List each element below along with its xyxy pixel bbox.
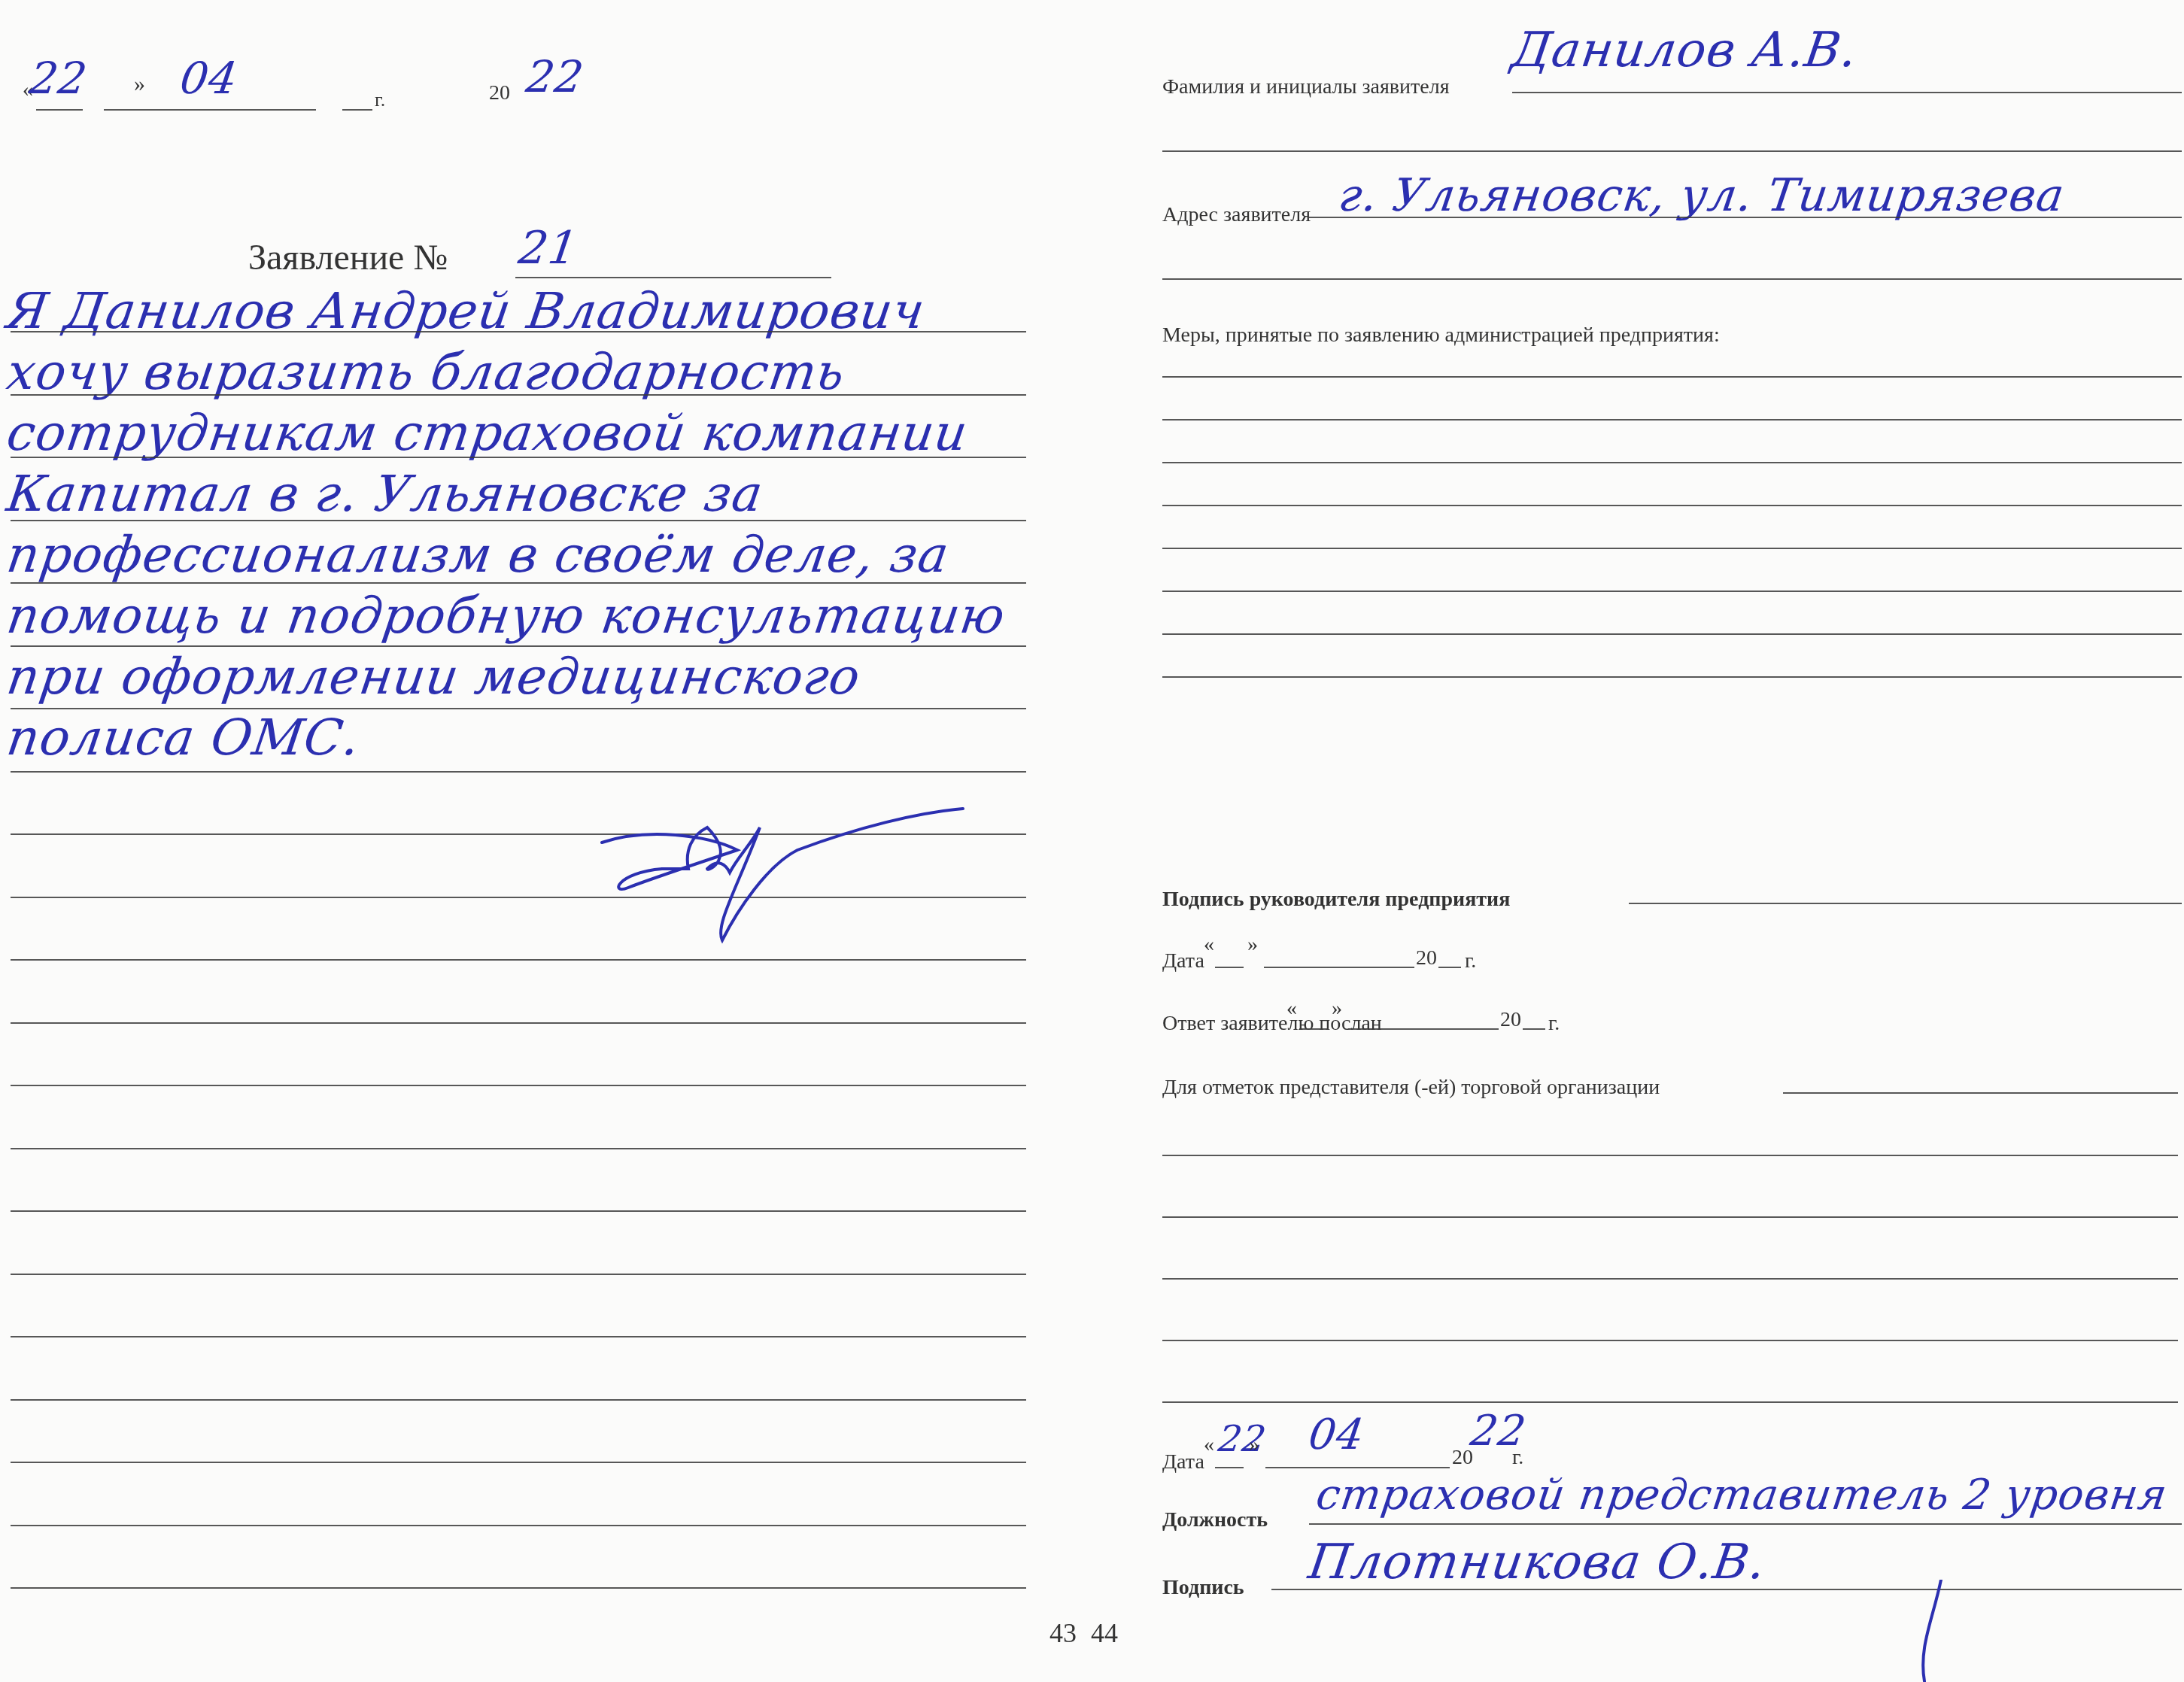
ruled-line [11,1336,1026,1337]
right-page: Фамилия и инициалы заявителя Данилов А.В… [1091,0,2184,1682]
header-date-day: 22 [26,53,90,104]
reps-notes-label: Для отметок представителя (-ей) торговой… [1162,1076,1660,1100]
date-close-quote: » [1247,933,1258,957]
measures-line [1162,376,2182,378]
applicant-address-value: г. Ульяновск, ул. Тимирязева [1335,169,2068,222]
page-number-left: 43 [1049,1617,1077,1649]
date-year-suffix: г. [1465,949,1476,973]
measures-line [1162,591,2182,592]
reply-year-rule [1523,1028,1545,1030]
left-page: « 22 » 04 20 22 г. Заявление № 21 Я Дани… [0,0,1091,1682]
handwritten-body-line: помощь и подробную консультацию [4,587,1010,645]
date-label: Дата [1162,949,1204,973]
final-date-open-quote: « [1204,1433,1214,1457]
applicant-address-rule [1309,217,2182,218]
applicant-name-rule-2 [1162,150,2182,152]
ruled-line [11,708,1026,709]
ruled-line [11,1587,1026,1589]
header-date-year: 22 [523,51,587,102]
ruled-line [11,1022,1026,1024]
final-date-day-rule [1215,1467,1244,1468]
handwritten-body-line: при оформлении медицинского [4,648,864,706]
signature-tail [1911,1580,1964,1682]
ruled-line [11,1085,1026,1086]
applicant-name-rule [1512,92,2182,93]
signature-value: Плотникова О.В. [1305,1535,1769,1590]
handwritten-body-line: полиса ОМС. [4,709,364,767]
date-century: 20 [1416,946,1437,970]
measures-line [1162,548,2182,549]
ruled-line [11,394,1026,396]
final-date-close-quote: » [1249,1433,1259,1457]
reply-open-quote: « [1286,997,1297,1021]
reply-sent-label: Ответ заявителю послан [1162,1012,1382,1036]
ruled-line [11,457,1026,458]
ruled-line [11,1525,1026,1526]
ruled-line [11,959,1026,961]
manager-signature-rule [1629,903,2182,904]
reply-century: 20 [1500,1008,1521,1032]
measures-line [1162,462,2182,463]
position-rule [1309,1523,2182,1525]
handwritten-body-line: профессионализм в своём деле, за [4,526,953,584]
notes-line [1162,1155,2178,1156]
handwritten-body-line: сотрудникам страховой компании [4,404,972,462]
reply-month-rule [1348,1028,1499,1030]
date-month-rule [104,109,316,111]
applicant-name-value: Данилов А.В. [1508,23,1861,78]
page-number-right: 44 [1091,1617,1118,1649]
date-close-quote: » [134,71,145,97]
reply-year-suffix: г. [1548,1012,1560,1036]
page-title: Заявление № [248,237,448,278]
applicant-address-label: Адрес заявителя [1162,203,1311,227]
measures-label: Меры, принятые по заявлению администраци… [1162,323,1720,348]
notes-line [1162,1278,2178,1280]
final-date-month-rule [1265,1467,1450,1468]
position-value: страховой представитель 2 уровня [1313,1471,2170,1520]
ruled-line [11,331,1026,332]
date-year-rule [342,109,372,111]
date-day-rule [1215,967,1244,968]
ruled-line [11,1274,1026,1275]
header-date-month: 04 [177,53,241,104]
signature-rule [1271,1589,2182,1590]
ruled-line [11,1148,1026,1149]
reply-day-rule [1299,1028,1328,1030]
notes-line [1162,1401,2178,1403]
ruled-line [11,1462,1026,1463]
position-label: Должность [1162,1508,1268,1532]
reps-notes-rule [1783,1092,2178,1094]
header-date-century: 20 [489,81,510,105]
ruled-line [11,771,1026,773]
date-month-rule [1264,967,1414,968]
application-number-rule [515,277,831,278]
measures-line [1162,419,2182,420]
header-date-year-suffix: г. [375,89,385,111]
measures-line [1162,505,2182,506]
measures-line [1162,633,2182,635]
applicant-address-rule-2 [1162,278,2182,280]
ruled-line [11,520,1026,521]
final-date-year-suffix: г. [1512,1446,1523,1470]
date-year-rule [1438,967,1461,968]
ruled-line [11,582,1026,584]
applicant-signature [557,797,978,948]
ruled-line [11,1210,1026,1212]
reply-close-quote: » [1332,997,1342,1021]
notes-line [1162,1340,2178,1341]
final-date-day: 22 [1216,1418,1269,1460]
date-day-rule [36,109,83,111]
ruled-line [11,1399,1026,1401]
ruled-line [11,645,1026,647]
applicant-name-label: Фамилия и инициалы заявителя [1162,75,1450,99]
application-number: 21 [515,222,582,275]
date-open-quote: « [1204,933,1214,957]
manager-signature-label: Подпись руководителя предприятия [1162,888,1510,912]
notes-line [1162,1216,2178,1218]
final-date-month: 04 [1305,1410,1367,1459]
measures-line [1162,676,2182,678]
handwritten-body-line: Капитал в г. Ульяновске за [4,465,767,523]
signature-label: Подпись [1162,1576,1244,1600]
handwritten-body-line: хочу выразить благодарность [4,343,849,401]
final-date-label: Дата [1162,1450,1204,1474]
